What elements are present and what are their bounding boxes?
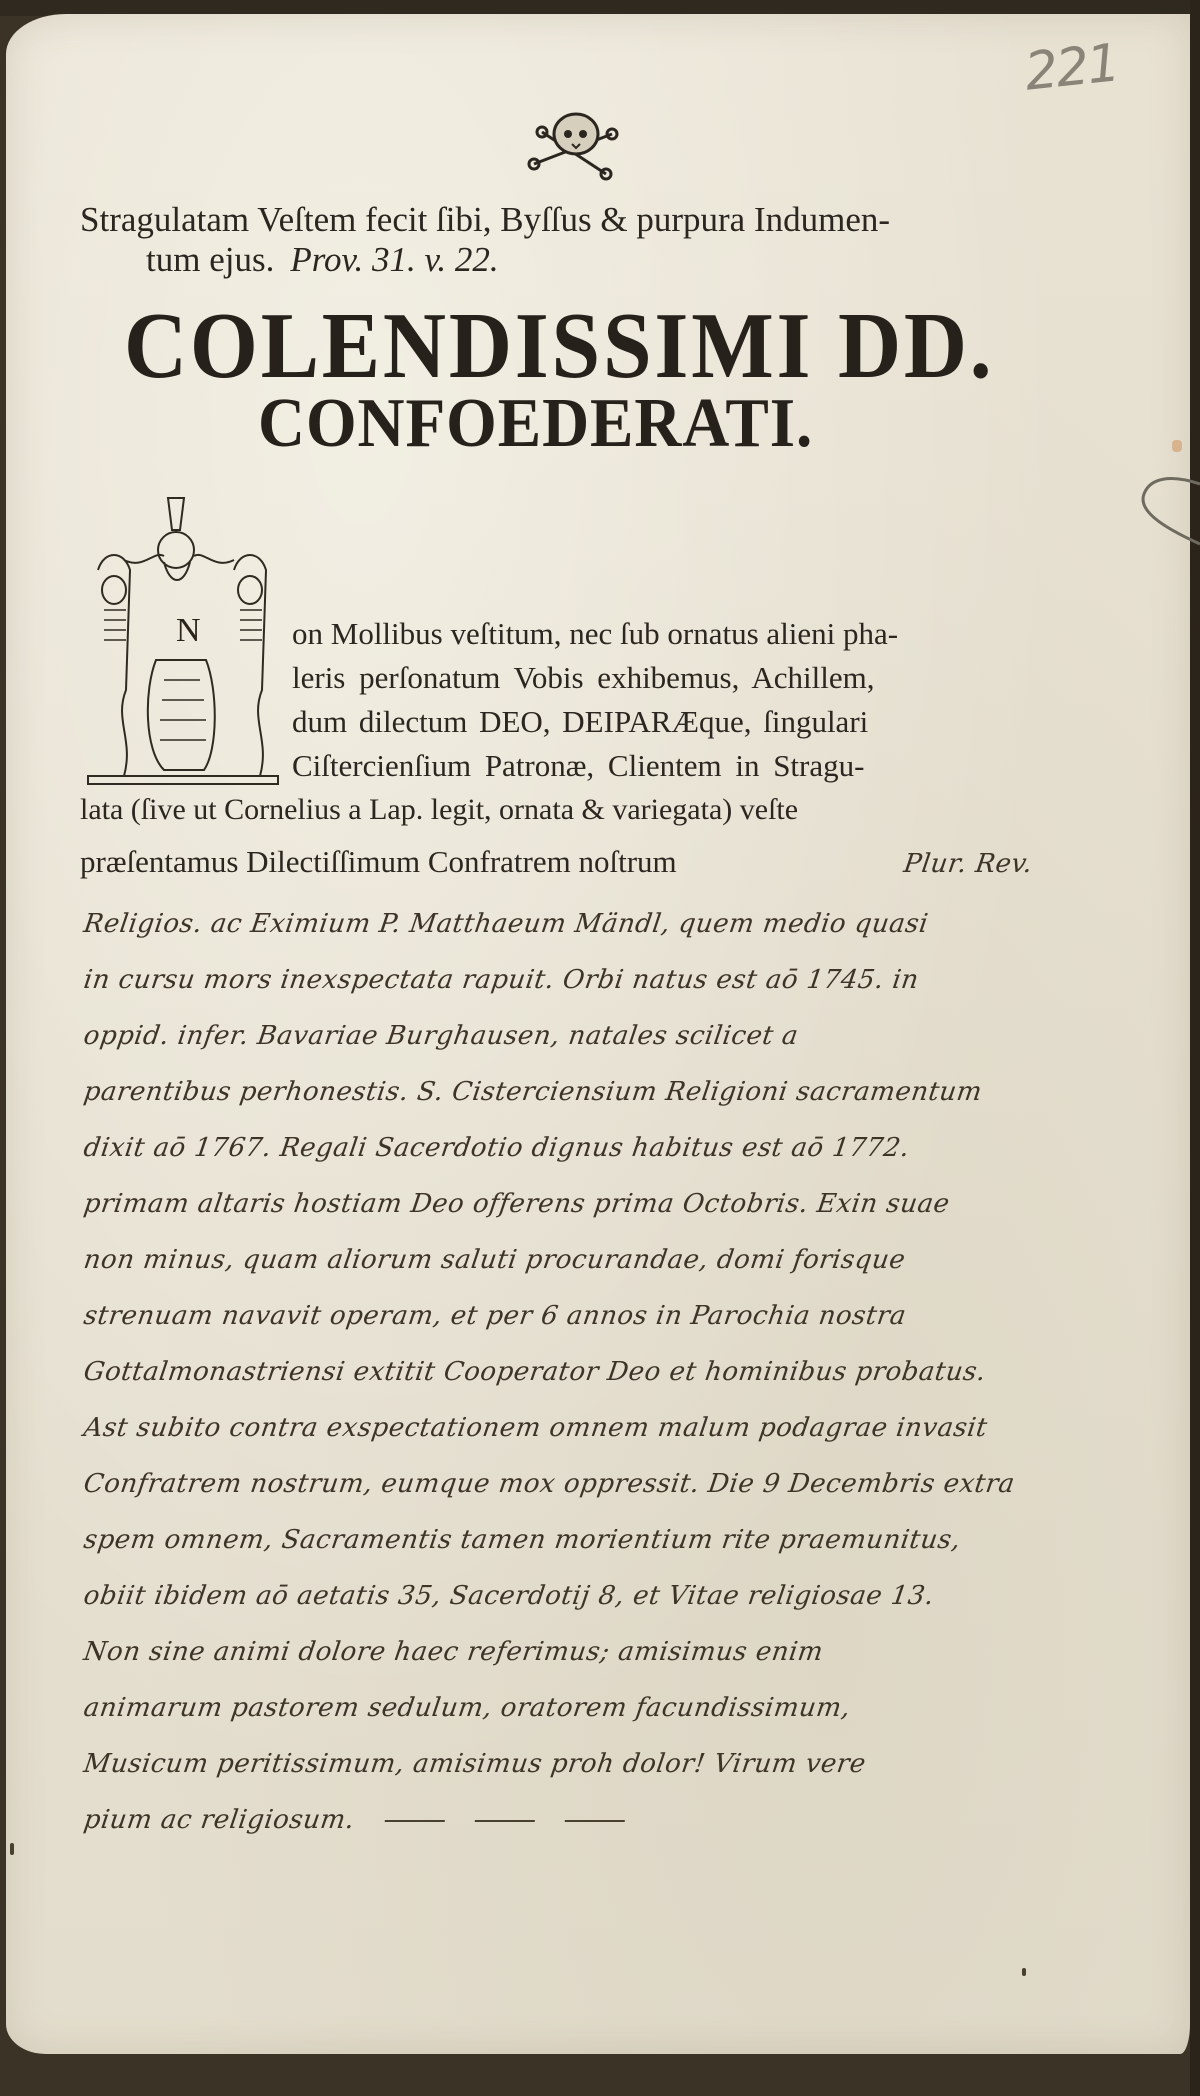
handwritten-line-4: parentibus perhonestis. S. Cisterciensiu… — [80, 1064, 1128, 1120]
paperclip-icon — [1130, 464, 1200, 554]
page-binding-edge — [1190, 0, 1200, 2096]
drop-cap-letter: N — [176, 612, 201, 650]
handwritten-line-15: animarum pastorem sedulum, oratorem facu… — [80, 1680, 1128, 1736]
handwritten-line-7: non minus, quam aliorum saluti procurand… — [80, 1232, 1128, 1288]
epigraph-line-1: Stragulatam Veſtem fecit ſibi, Byſſus & … — [80, 200, 890, 239]
printed-line-1: on Mollibus veſtitum, nec ſub ornatus al… — [292, 612, 898, 656]
handwritten-line-5: dixit aō 1767. Regali Sacerdotio dignus … — [80, 1120, 1128, 1176]
epigraph-line-2: tum ejus. — [146, 240, 274, 279]
page-title-line-2: CONFOEDERATI. — [258, 384, 813, 464]
printed-line-2: leris perſonatum Vobis exhibemus, Achill… — [292, 656, 875, 700]
paper-stain — [1172, 440, 1182, 452]
handwritten-line-0: Plur. Rev. — [900, 836, 1100, 892]
ink-mark — [10, 1843, 14, 1855]
closing-dash — [474, 1820, 534, 1822]
folio-number: 221 — [1022, 33, 1121, 102]
printed-line-5: lata (ſive ut Cornelius a Lap. legit, or… — [80, 788, 798, 832]
printed-line-6: præſentamus Dilectiſſimum Confratrem noſ… — [80, 840, 677, 884]
epigraph-reference: Prov. 31. v. 22. — [290, 240, 498, 279]
handwritten-line-14: Non sine animi dolore haec referimus; am… — [80, 1624, 1128, 1680]
handwritten-line-12: spem omnem, Sacramentis tamen morientium… — [80, 1512, 1128, 1568]
closing-dash — [384, 1820, 444, 1822]
ink-mark — [1022, 1968, 1026, 1976]
handwritten-line-16: Musicum peritissimum, amisimus proh dolo… — [80, 1736, 1128, 1792]
epigraph: Stragulatam Veſtem fecit ſibi, Byſſus & … — [80, 200, 1060, 280]
skull-crossbones-icon — [520, 104, 630, 184]
page-title-line-1: COLENDISSIMI DD. — [124, 296, 994, 396]
handwritten-annotation: Religios. ac Eximium P. Matthaeum Mändl,… — [80, 896, 1120, 1848]
printed-line-3: dum dilectum DEO, DEIPARÆque, ſingulari — [292, 700, 868, 744]
handwritten-line-1: Religios. ac Eximium P. Matthaeum Mändl,… — [80, 896, 1128, 952]
handwritten-line-8: strenuam navavit operam, et per 6 annos … — [80, 1288, 1128, 1344]
handwritten-line-3: oppid. infer. Bavariae Burghausen, natal… — [80, 1008, 1128, 1064]
closing-dash — [564, 1820, 624, 1822]
handwritten-line-9: Gottalmonastriensi extitit Cooperator De… — [80, 1344, 1128, 1400]
handwritten-line-11: Confratrem nostrum, eumque mox oppressit… — [80, 1456, 1128, 1512]
handwritten-line-10: Ast subito contra exspectationem omnem m… — [80, 1400, 1128, 1456]
handwritten-line-6: primam altaris hostiam Deo offerens prim… — [80, 1176, 1128, 1232]
handwritten-line-17: pium ac religiosum. — [82, 1805, 357, 1835]
handwritten-line-13: obiit ibidem aō aetatis 35, Sacerdotij 8… — [80, 1568, 1128, 1624]
printed-line-4: Ciſtercienſium Patronæ, Clientem in Stra… — [292, 744, 864, 788]
handwritten-line-2: in cursu mors inexspectata rapuit. Orbi … — [80, 952, 1128, 1008]
